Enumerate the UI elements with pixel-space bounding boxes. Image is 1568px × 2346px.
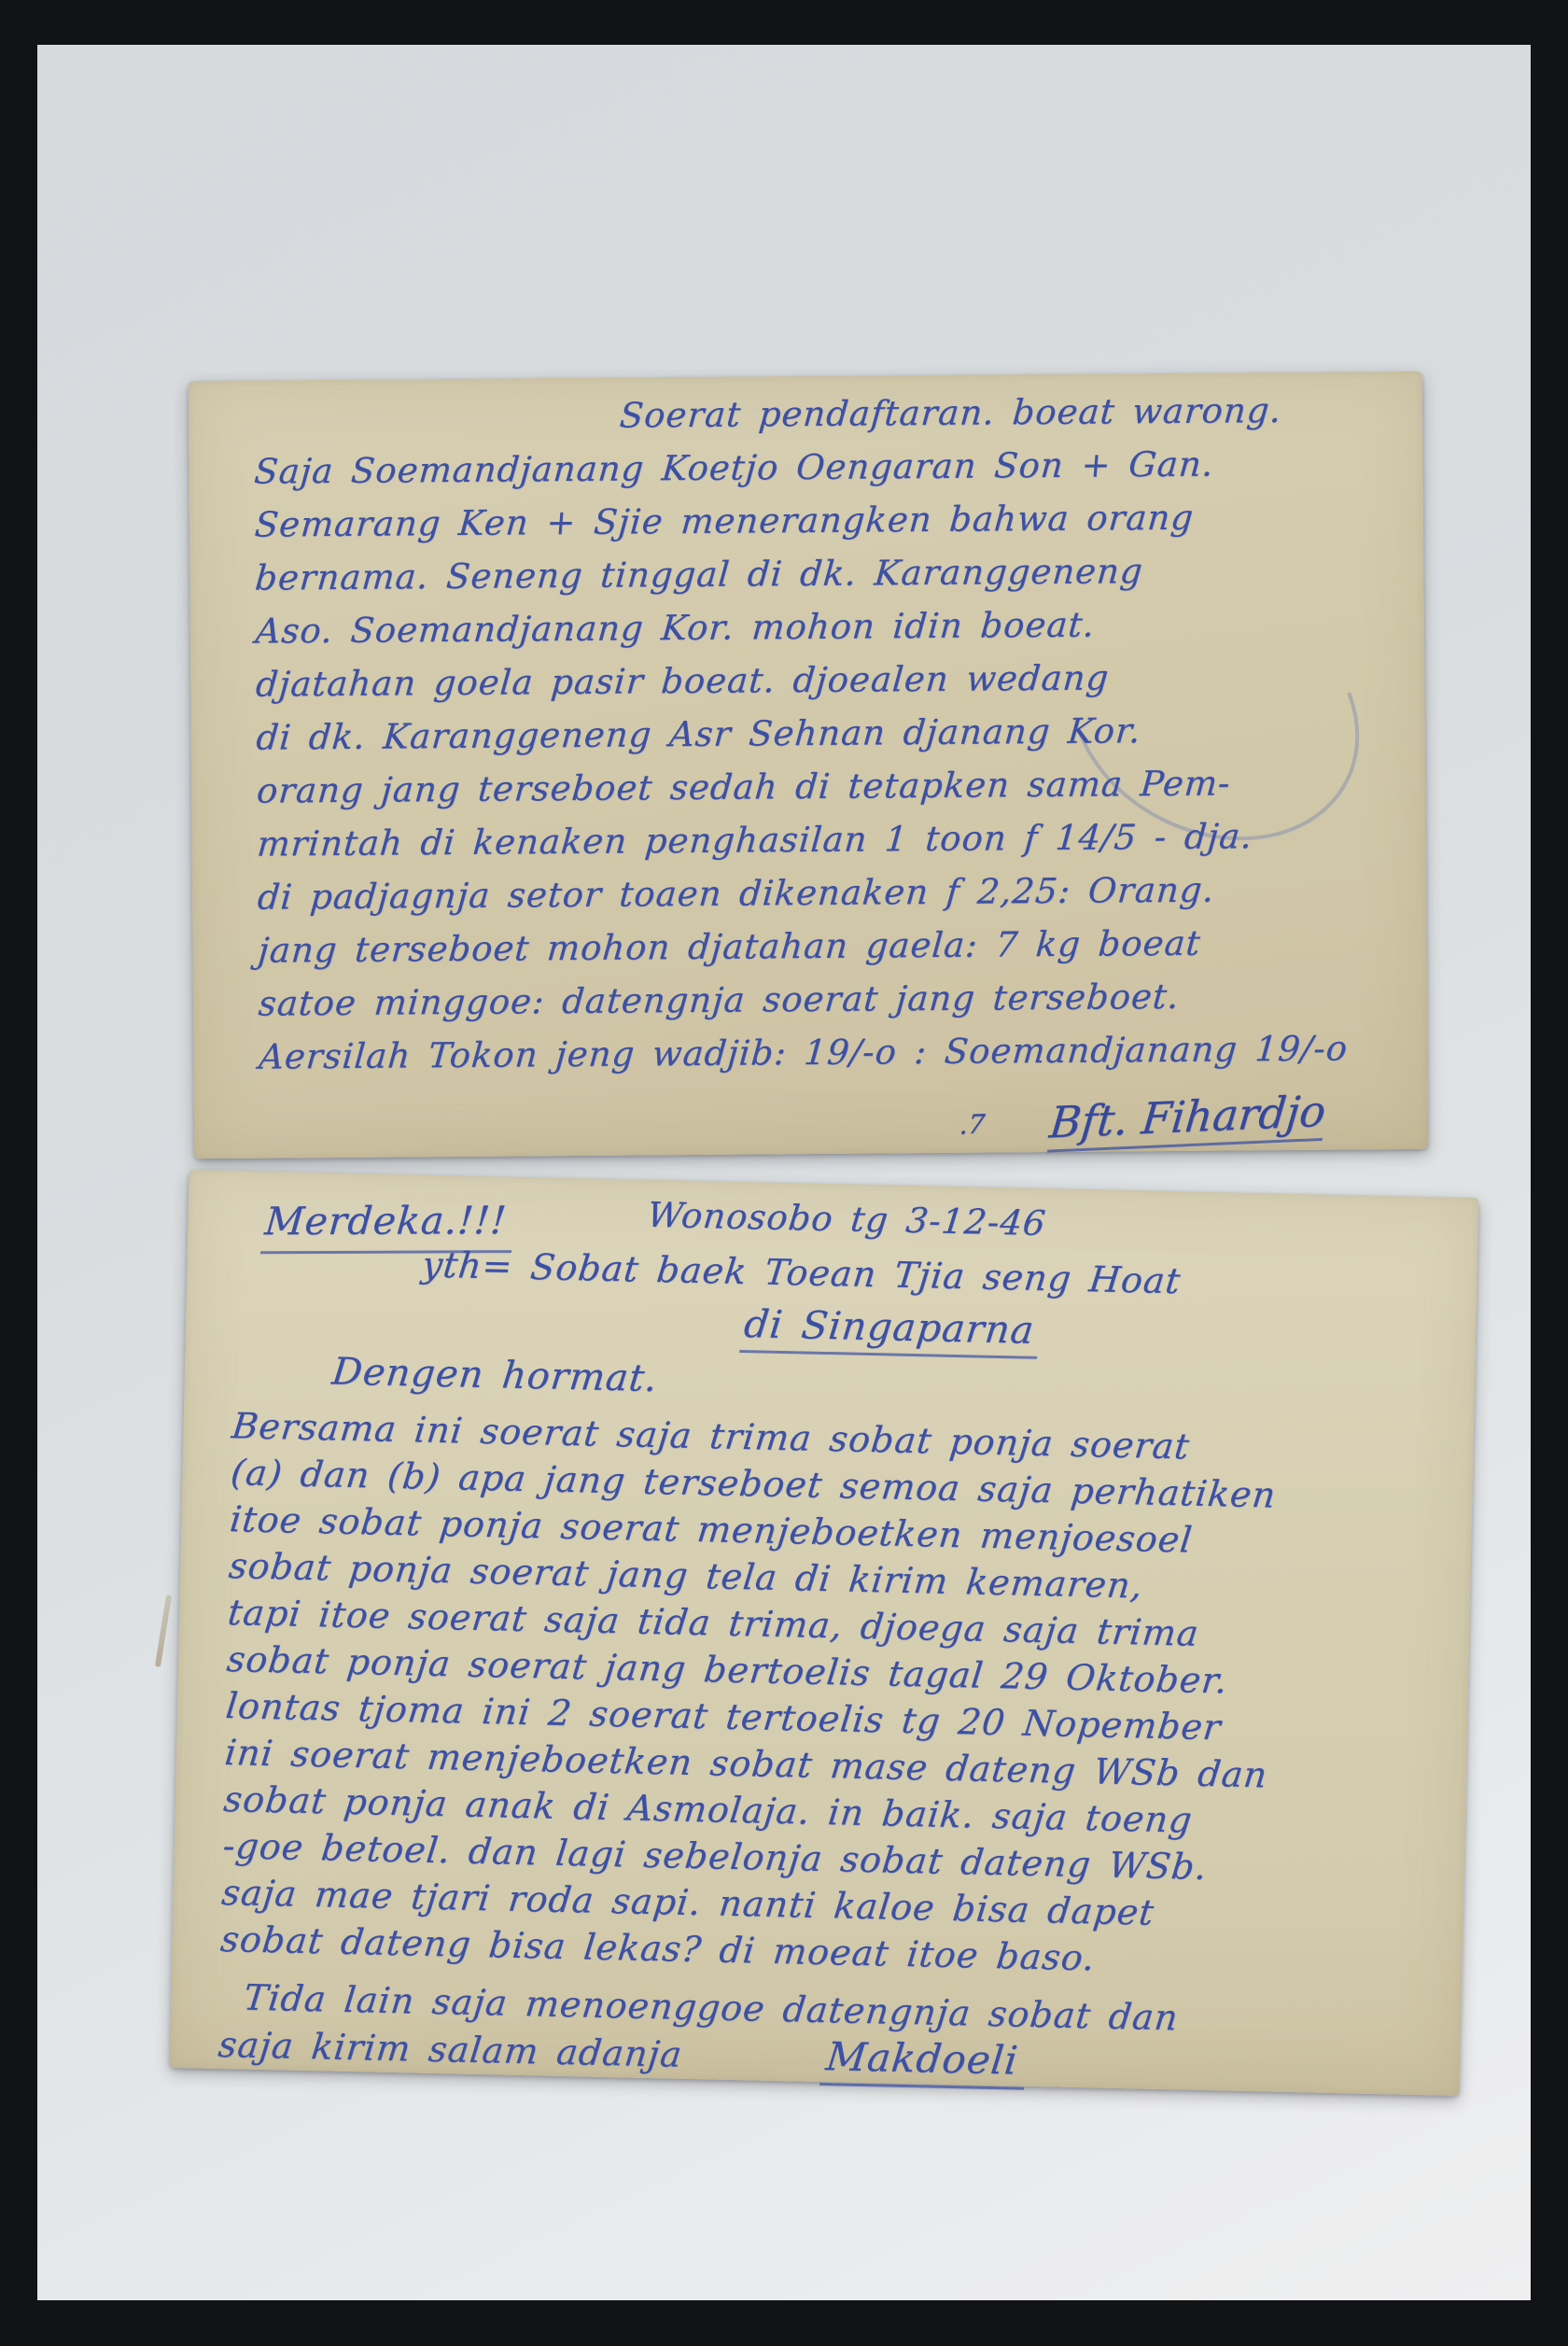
signature-mark: .7 [958,1108,986,1140]
handwritten-line: Saja Soemandjanang Koetjo Oengaran Son +… [252,436,1397,499]
handwritten-line: di dk. Karanggeneng Asr Sehnan djanang K… [254,702,1399,765]
dateline: Wonosobo tg 3-12-46 [645,1195,1048,1243]
recipient-city: di Singaparna [739,1301,1043,1359]
closing-line-2: saja kirim salam adanja [216,2021,684,2078]
handwritten-line: mrintah di kenaken penghasilan 1 toon f … [255,808,1400,871]
handwritten-line: jang terseboet mohon djatahan gaela: 7 k… [256,915,1401,977]
postcard-merdeka-letter: Merdeka.!!! Wonosobo tg 3-12-46 yth= Sob… [170,1170,1479,2096]
postcard1-text-block: Soerat pendaftaran. boeat warong. Saja S… [254,383,1400,1084]
postcard2-text-block: Bersama ini soerat saja trima sobat ponj… [218,1402,1451,2099]
paper-scratch-artifact [155,1594,172,1667]
handwritten-line: Aso. Soemandjanang Kor. mohon idin boeat… [254,596,1399,658]
recipient-line: yth= Sobat baek Toean Tjia seng Hoat [420,1244,1183,1302]
handwritten-line: di padjagnja setor toaen dikenaken f 2,2… [256,862,1401,924]
postcard-registration-letter: Soerat pendaftaran. boeat warong. Saja S… [189,372,1429,1159]
scan-background: Soerat pendaftaran. boeat warong. Saja S… [37,45,1531,2300]
salutation: Dengen hormat. [329,1350,660,1400]
handwritten-line: bernama. Seneng tinggal di dk. Karanggen… [253,542,1398,605]
scanned-document-page: { "page": { "frame_color": "#121316", "s… [0,0,1568,2346]
handwritten-line: Aersilah Tokon jeng wadjib: 19/-o : Soem… [257,1021,1402,1084]
handwritten-line: orang jang terseboet sedah di tetapken s… [255,755,1400,818]
postcard1-signature-row: .7Bft. Fihardjo [957,1086,1327,1152]
handwritten-line: djatahan goela pasir boeat. djoealen wed… [254,649,1399,711]
postcard2-signature: Makdoeli [819,2033,1029,2090]
postcard1-title-line: Soerat pendaftaran. boeat warong. [252,383,1397,445]
postcard1-signature: Bft. Fihardjo [1046,1086,1327,1153]
handwritten-line: Semarang Ken + Sjie menerangken bahwa or… [253,489,1398,552]
handwritten-line: satoe minggoe: datengnja soerat jang ter… [257,968,1402,1031]
